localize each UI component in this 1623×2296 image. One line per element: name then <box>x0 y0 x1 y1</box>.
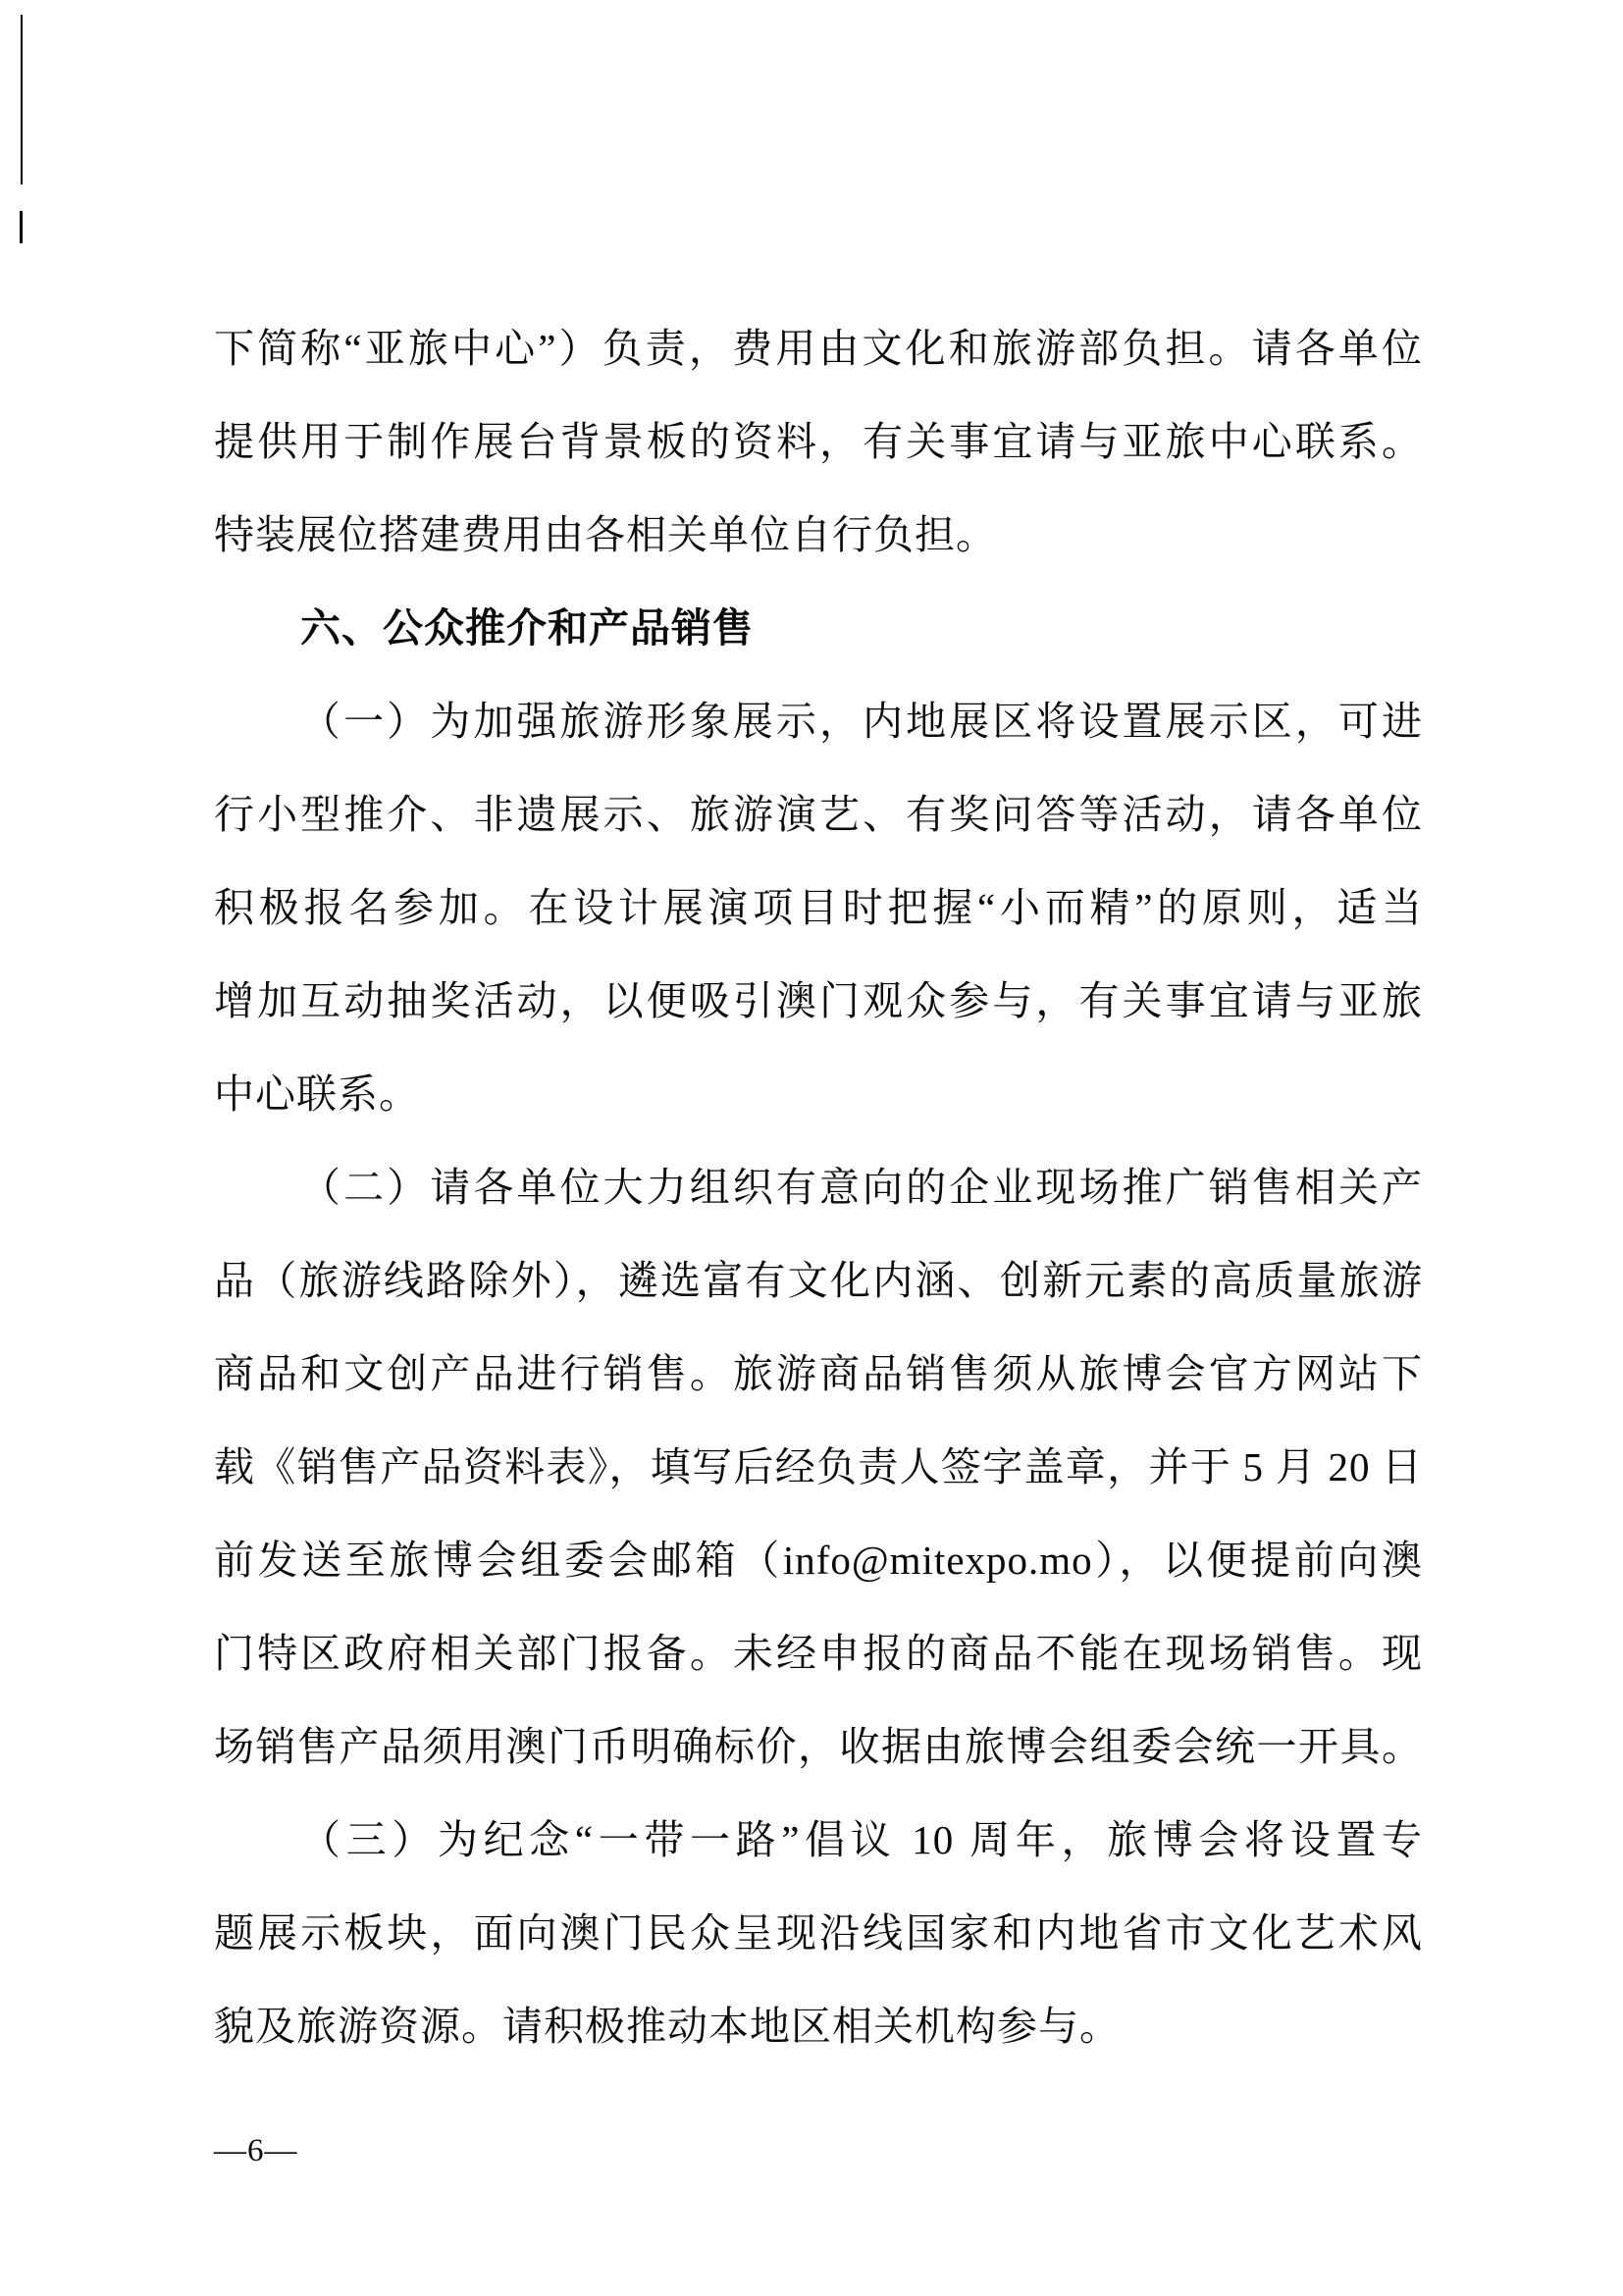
body-line: 行小型推介、非遗展示、旅游演艺、有奖问答等活动，请各单位 <box>214 768 1423 861</box>
document-body: 下简称“亚旅中心”）负责，费用由文化和旅游部负担。请各单位 提供用于制作展台背景… <box>214 302 1423 2073</box>
body-line: 积极报名参加。在设计展演项目时把握“小而精”的原则，适当 <box>214 861 1423 955</box>
body-line: 门特区政府相关部门报备。未经申报的商品不能在现场销售。现 <box>214 1607 1423 1700</box>
page-number: —6— <box>214 2131 298 2170</box>
body-line: 中心联系。 <box>214 1048 1423 1141</box>
body-line: （三）为纪念“一带一路”倡议 10 周年，旅博会将设置专 <box>214 1794 1423 1887</box>
scan-artifact-line <box>21 15 23 184</box>
body-line: 貌及旅游资源。请积极推动本地区相关机构参与。 <box>214 1980 1423 2073</box>
body-line: 增加互动抽奖活动，以便吸引澳门观众参与，有关事宜请与亚旅 <box>214 955 1423 1048</box>
body-line: 场销售产品须用澳门币明确标价，收据由旅博会组委会统一开具。 <box>214 1700 1423 1794</box>
body-line: 特装展位搭建费用由各相关单位自行负担。 <box>214 489 1423 582</box>
body-line: 载《销售产品资料表》，填写后经负责人签字盖章，并于 5 月 20 日 <box>214 1421 1423 1514</box>
body-line: 提供用于制作展台背景板的资料，有关事宜请与亚旅中心联系。 <box>214 395 1423 489</box>
section-heading: 六、公众推介和产品销售 <box>214 582 1423 675</box>
scan-artifact-line <box>20 211 23 243</box>
body-line: （二）请各单位大力组织有意向的企业现场推广销售相关产 <box>214 1141 1423 1234</box>
body-line: 前发送至旅博会组委会邮箱（info@mitexpo.mo），以便提前向澳 <box>214 1514 1423 1607</box>
body-line: 品（旅游线路除外），遴选富有文化内涵、创新元素的高质量旅游 <box>214 1234 1423 1328</box>
body-line: （一）为加强旅游形象展示，内地展区将设置展示区，可进 <box>214 675 1423 768</box>
body-line: 商品和文创产品进行销售。旅游商品销售须从旅博会官方网站下 <box>214 1328 1423 1421</box>
scanned-document-page: 下简称“亚旅中心”）负责，费用由文化和旅游部负担。请各单位 提供用于制作展台背景… <box>0 0 1623 2296</box>
body-line: 题展示板块，面向澳门民众呈现沿线国家和内地省市文化艺术风 <box>214 1887 1423 1980</box>
body-line: 下简称“亚旅中心”）负责，费用由文化和旅游部负担。请各单位 <box>214 302 1423 395</box>
